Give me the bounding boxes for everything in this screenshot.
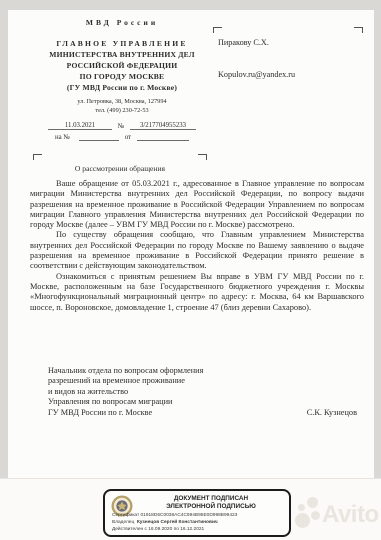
e-signature-stamp: ДОКУМЕНТ ПОДПИСАН ЭЛЕКТРОННОЙ ПОДПИСЬЮ С…	[103, 489, 291, 537]
na-no-label: на №	[55, 134, 79, 141]
signer-position-line: и видов на жительство	[48, 387, 203, 397]
validity-line: Действителен с 16.09.2020 по 16.12.2021	[112, 527, 284, 534]
letter-number: 3/217704955233	[130, 122, 196, 130]
org-phone: тел. (499) 230-72-53	[22, 106, 222, 115]
signer-position-line: Управления по вопросам миграции	[48, 397, 203, 407]
corner-mark	[33, 154, 42, 160]
signer-name: С.К. Кузнецов	[307, 408, 357, 417]
number-sign: №	[112, 123, 130, 130]
letterhead: МВД России ГЛАВНОЕ УПРАВЛЕНИЕ МИНИСТЕРСТ…	[22, 18, 222, 141]
avito-logo-icon	[298, 504, 305, 511]
org-short-name: (ГУ МВД России по г. Москве)	[22, 82, 222, 93]
org-name-line: МИНИСТЕРСТВА ВНУТРЕННИХ ДЕЛ	[22, 49, 222, 60]
ministry-title: МВД России	[22, 18, 222, 27]
signer-position-line: Начальник отдела по вопросам оформления	[48, 366, 203, 376]
document-page: МВД России ГЛАВНОЕ УПРАВЛЕНИЕ МИНИСТЕРСТ…	[8, 10, 374, 540]
avito-wordmark: Avito	[322, 501, 379, 529]
avito-logo-icon	[295, 513, 310, 528]
org-address: ул. Петровка, 38, Москва, 127994	[22, 97, 222, 106]
corner-mark	[198, 154, 207, 160]
signer-position-line: ГУ МВД России по г. Москве	[48, 408, 203, 418]
paragraph: Ознакомиться с принятым решением Вы впра…	[30, 272, 364, 313]
stamp-details: Сертификат 01918D6C0038AC4C994B95E0D998B…	[112, 513, 284, 534]
recipient-name: Пиракову С.Х.	[218, 38, 269, 47]
avito-watermark: Avito	[295, 495, 381, 539]
stamp-title-line: ЭЛЕКТРОННОЙ ПОДПИСЬЮ	[139, 503, 283, 511]
paragraph: Ваше обращение от 05.03.2021 г., адресов…	[30, 179, 364, 230]
org-name-line: РОССИЙСКОЙ ФЕДЕРАЦИИ	[22, 60, 222, 71]
blank-underline	[79, 132, 119, 141]
reply-reference-row: на № от	[22, 132, 222, 141]
blank-underline	[137, 132, 189, 141]
letter-date: 11.03.2021	[48, 122, 112, 130]
corner-mark	[354, 27, 363, 33]
signer-position-line: разрешений на временное проживание	[48, 376, 203, 386]
owner-line: Владелец Кузнецов Сергей Константинович	[112, 520, 284, 527]
stamp-title: ДОКУМЕНТ ПОДПИСАН ЭЛЕКТРОННОЙ ПОДПИСЬЮ	[139, 495, 283, 511]
org-name-line: ПО ГОРОДУ МОСКВЕ	[22, 71, 222, 82]
stamp-title-line: ДОКУМЕНТ ПОДПИСАН	[139, 495, 283, 503]
avito-logo-icon	[307, 497, 318, 508]
paragraph: По существу обращения сообщаю, что Главн…	[30, 230, 364, 271]
recipient-block: Пиракову С.Х. Kopulov.ru@yandex.ru	[213, 27, 363, 97]
subject-line: О рассмотрении обращения	[33, 164, 207, 173]
avito-logo-icon	[311, 511, 320, 520]
org-name-line: ГЛАВНОЕ УПРАВЛЕНИЕ	[22, 38, 222, 49]
letter-body: Ваше обращение от 05.03.2021 г., адресов…	[30, 179, 364, 313]
corner-mark	[213, 27, 222, 33]
signer-position: Начальник отдела по вопросам оформления …	[48, 366, 203, 418]
ot-label: от	[119, 134, 137, 141]
reference-row: 11.03.2021 № 3/217704955233	[22, 122, 222, 130]
subject-block: О рассмотрении обращения	[33, 154, 207, 182]
recipient-email: Kopulov.ru@yandex.ru	[218, 70, 295, 79]
scanned-letter-photo: МВД России ГЛАВНОЕ УПРАВЛЕНИЕ МИНИСТЕРСТ…	[0, 0, 381, 540]
certificate-line: Сертификат 01918D6C0038AC4C994B95E0D998B…	[112, 513, 284, 520]
